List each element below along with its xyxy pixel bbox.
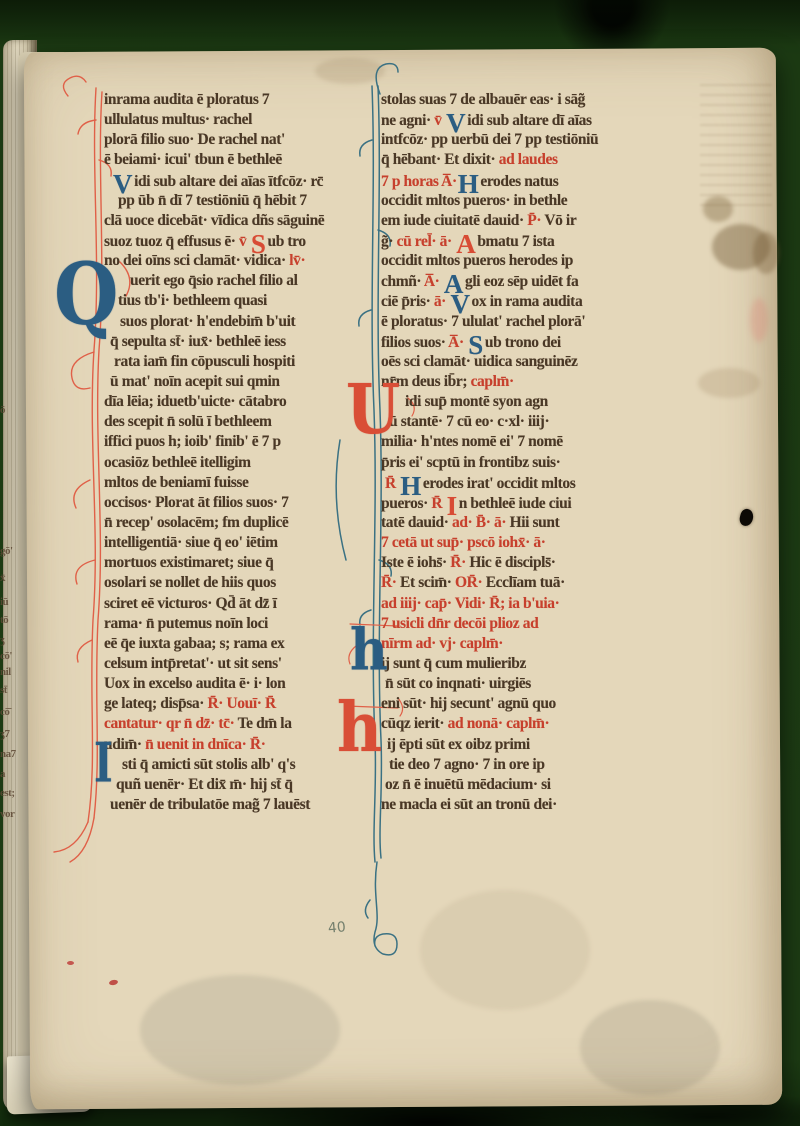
manuscript-line: idi sup̄ montē syon agn — [381, 392, 598, 412]
manuscript-line: intelligentiā· siue q̄ eo' iētim — [104, 533, 324, 553]
facing-page-text-fragment: a — [0, 768, 5, 780]
shadow-top — [0, 0, 800, 46]
manuscript-line: 7 cetā ut sup̄· pscō iohx̄· ā· — [381, 533, 598, 553]
manuscript-line: plorā filio suo· De rachel nat' — [104, 130, 324, 150]
manuscript-line: ū stantē· 7 cū eo· c·xl· iiij· — [381, 412, 598, 432]
manuscript-line: Iste ē iohs̄· R̄· Hic ē discipls̄· — [381, 553, 598, 573]
facing-page-text-fragment: vor — [0, 808, 14, 820]
manuscript-line: ciē p̄ris· ā· Vox in rama audita — [381, 291, 598, 311]
manuscript-line: tius tb'i· bethleem quasi — [104, 291, 324, 311]
manuscript-line: mltos de beniamī fuisse — [104, 473, 324, 493]
facing-page-text-fragment: cō̄ — [0, 706, 9, 718]
manuscript-line: celsum intp̄retat'· ut sit sens' — [104, 654, 324, 674]
manuscript-line: mortuos existimaret; siue q̄ — [104, 553, 324, 573]
manuscript-line: R̄· Et scim̄· OR̄· Ecclīam tuā· — [381, 573, 598, 593]
facing-page-text-fragment: st̄ — [0, 684, 7, 696]
manuscript-line: q̄ sepulta st̄· iux̄· bethleē iess — [104, 332, 324, 352]
initial-u-red: U — [346, 379, 400, 440]
manuscript-line: nr̄m deus ib̄r; caplm̄· — [381, 372, 598, 392]
manuscript-line: occisos· Plorat āt filios suos· 7 — [104, 493, 324, 513]
facing-page-text-fragment: cō' — [0, 650, 12, 662]
initial-i-blue: I — [94, 740, 113, 789]
ink-showthrough — [700, 84, 772, 214]
facing-page-text-fragment: ʒ7 — [0, 728, 10, 740]
facing-page-text-fragment: tō — [0, 614, 8, 626]
stain — [420, 890, 590, 1010]
manuscript-line: occidit mltos pueros· in bethle — [381, 191, 598, 211]
manuscript-line: ne agni· v̄ Vidi sub altare dī aīas — [381, 110, 598, 130]
manuscript-line: ij ēpti sūt ex oibz primi — [381, 735, 598, 755]
manuscript-line: em iude ciuitatē dauid· P̄· Vō ir — [381, 211, 598, 231]
manuscript-line: intfcōz· pp uerbū dei 7 pp testiōniū — [381, 130, 598, 150]
facing-page-text-fragment: na7 — [0, 748, 16, 760]
manuscript-line: n̄ recep' osolacēm; fm duplicē — [104, 513, 324, 533]
manuscript-line: ne macla ei sūt an tronū dei· — [381, 795, 598, 815]
manuscript-line: cantatur· qr n̄ dz̄· tc̄· Te dm̄ la — [104, 714, 324, 734]
manuscript-line: ocasiōz bethleē itelligim — [104, 453, 324, 473]
manuscript-line: R̄ Herodes irat' occidit mltos — [381, 473, 598, 493]
manuscript-line: eni sūt· hij secunt' agnū quo — [381, 694, 598, 714]
manuscript-line: uerit ego q̄sio rachel filio al — [104, 271, 324, 291]
manuscript-line: suoz tuoz q̄ effusus ē· v̄ Sub tro — [104, 231, 324, 251]
manuscript-line: nīrm ad· vj· caplm̄· — [381, 634, 598, 654]
manuscript-line: inrama audita ē ploratus 7 — [104, 90, 324, 110]
manuscript-line: oēs sci clamāt· uidica sanguinēz — [381, 352, 598, 372]
facing-page-text-fragment: est; — [0, 787, 15, 799]
photo-background: inrama audita ē ploratus 7ullulatus mult… — [0, 0, 800, 1126]
manuscript-line: pp ūb n̄ dī 7 testiōniū q̄ hēbit 7 — [104, 191, 324, 211]
manuscript-line: pueros· R̄ In bethleē iude ciui — [381, 493, 598, 513]
manuscript-line: ullulatus multus· rachel — [104, 110, 324, 130]
manuscript-line: clā uoce dicebāt· vīdica dñs sāguinē — [104, 211, 324, 231]
manuscript-line: ē ploratus· 7 ululat' rachel plorā' — [381, 312, 598, 332]
initial-h-blue: h — [350, 626, 388, 677]
manuscript-line: cūqz ierit· ad nonā· caplm̄· — [381, 714, 598, 734]
red-ink-dot — [67, 961, 74, 965]
facing-page-text-fragment: iū — [0, 596, 8, 608]
manuscript-line: sti q̄ amicti sūt stolis alb' q's — [104, 755, 324, 775]
text-column-left: inrama audita ē ploratus 7ullulatus mult… — [104, 90, 324, 815]
facing-page-text-fragment: nil — [0, 666, 11, 678]
manuscript-line: ū mat' noīn acepit sui qmin — [104, 372, 324, 392]
manuscript-line: tie deo 7 agno· 7 in ore ip — [381, 755, 598, 775]
manuscript-line: no dei oīns sci clamāt· vidica· lv̄· — [104, 251, 324, 271]
facing-page-text-fragment: gō' — [0, 545, 13, 557]
initial-q-blue: Q — [54, 257, 118, 334]
stain — [698, 368, 760, 398]
manuscript-line: n̄ sūt co inqnati· uirgiēs — [381, 674, 598, 694]
stain — [315, 58, 385, 84]
manuscript-line: iffici puos h; ioib' finib' ē 7 p — [104, 432, 324, 452]
stain — [753, 232, 779, 274]
manuscript-line: ge lateq; disp̄sa· R̄· Uouī· R̄ — [104, 694, 324, 714]
initial-h-red: h — [337, 697, 382, 758]
manuscript-line: sciret eē victuros· Qd̄ āt dz̄ ī — [104, 594, 324, 614]
manuscript-line: milia· h'ntes nomē ei' 7 nomē — [381, 432, 598, 452]
manuscript-line: p̄ris ei' scptū in frontibz suis· — [381, 453, 598, 473]
manuscript-line: quñ uenēr· Et dix̄ m̄· hij st̄ q̄ — [104, 775, 324, 795]
stain — [140, 975, 340, 1085]
manuscript-line: 7 usicli dn̄r decōi plioz ad — [381, 614, 598, 634]
manuscript-line: Vidi sub altare dei aīas ītfcōz· rc̄ — [104, 171, 324, 191]
folio-number: 40 — [327, 919, 346, 936]
manuscript-line: tatē dauid· ad· B̄· ā· Hii sunt — [381, 513, 598, 533]
manuscript-line: rama· n̄ putemus noīn loci — [104, 614, 324, 634]
manuscript-line: oz n̄ ē inuētū mēdacium· si — [381, 775, 598, 795]
manuscript-line: osolari se nollet de hiis quos — [104, 573, 324, 593]
manuscript-line: ē beiami· icui' tbun ē bethleē — [104, 150, 324, 170]
manuscript-line: ij sunt q̄ cum mulieribz — [381, 654, 598, 674]
manuscript-line: eē q̄e iuxta gabaa; s; rama ex — [104, 634, 324, 654]
manuscript-line: ad iiij· cap̄· Vidi· R̄; ia b'uia· — [381, 594, 598, 614]
facing-page-text-fragment: ʒ — [0, 634, 5, 646]
manuscript-line: Uox in excelso audita ē· i· lon — [104, 674, 324, 694]
manuscript-line: des scepit n̄ solū ī bethleem — [104, 412, 324, 432]
stain — [580, 1000, 720, 1095]
manuscript-line: suos plorat· h'endebim̄ b'uit — [104, 312, 324, 332]
manuscript-line: g̃· cū rel̄· ā· Abmatu 7 ista — [381, 231, 598, 251]
manuscript-line: uenēr de tribulatōe mag̃ 7 lauēst — [104, 795, 324, 815]
facing-page-text-fragment: ō — [0, 404, 5, 416]
manuscript-line: occidit mltos pueros herodes ip — [381, 251, 598, 271]
manuscript-line: q̄ hēbant· Et dixit· ad laudes — [381, 150, 598, 170]
manuscript-line: chmñ· A̅· Agli eoz sēp uidēt fa — [381, 271, 598, 291]
manuscript-line: rata iam̄ fin cōpusculi hospiti — [104, 352, 324, 372]
red-smudge — [750, 298, 768, 342]
facing-page-text-fragment: x̄ — [0, 572, 5, 584]
manuscript-line: 7 p horas A̅· Herodes natus — [381, 171, 598, 191]
text-column-right: stolas suas 7 de albauēr eas· i sāg̃ne a… — [381, 90, 598, 815]
manuscript-line: dīa lēia; iduetb'uicte· cātabro — [104, 392, 324, 412]
manuscript-line: udim̄· n̄ uenit in dnīca· R̄· — [104, 735, 324, 755]
manuscript-line: stolas suas 7 de albauēr eas· i sāg̃ — [381, 90, 598, 110]
manuscript-line: filios suos· A̅· Sub trono dei — [381, 332, 598, 352]
